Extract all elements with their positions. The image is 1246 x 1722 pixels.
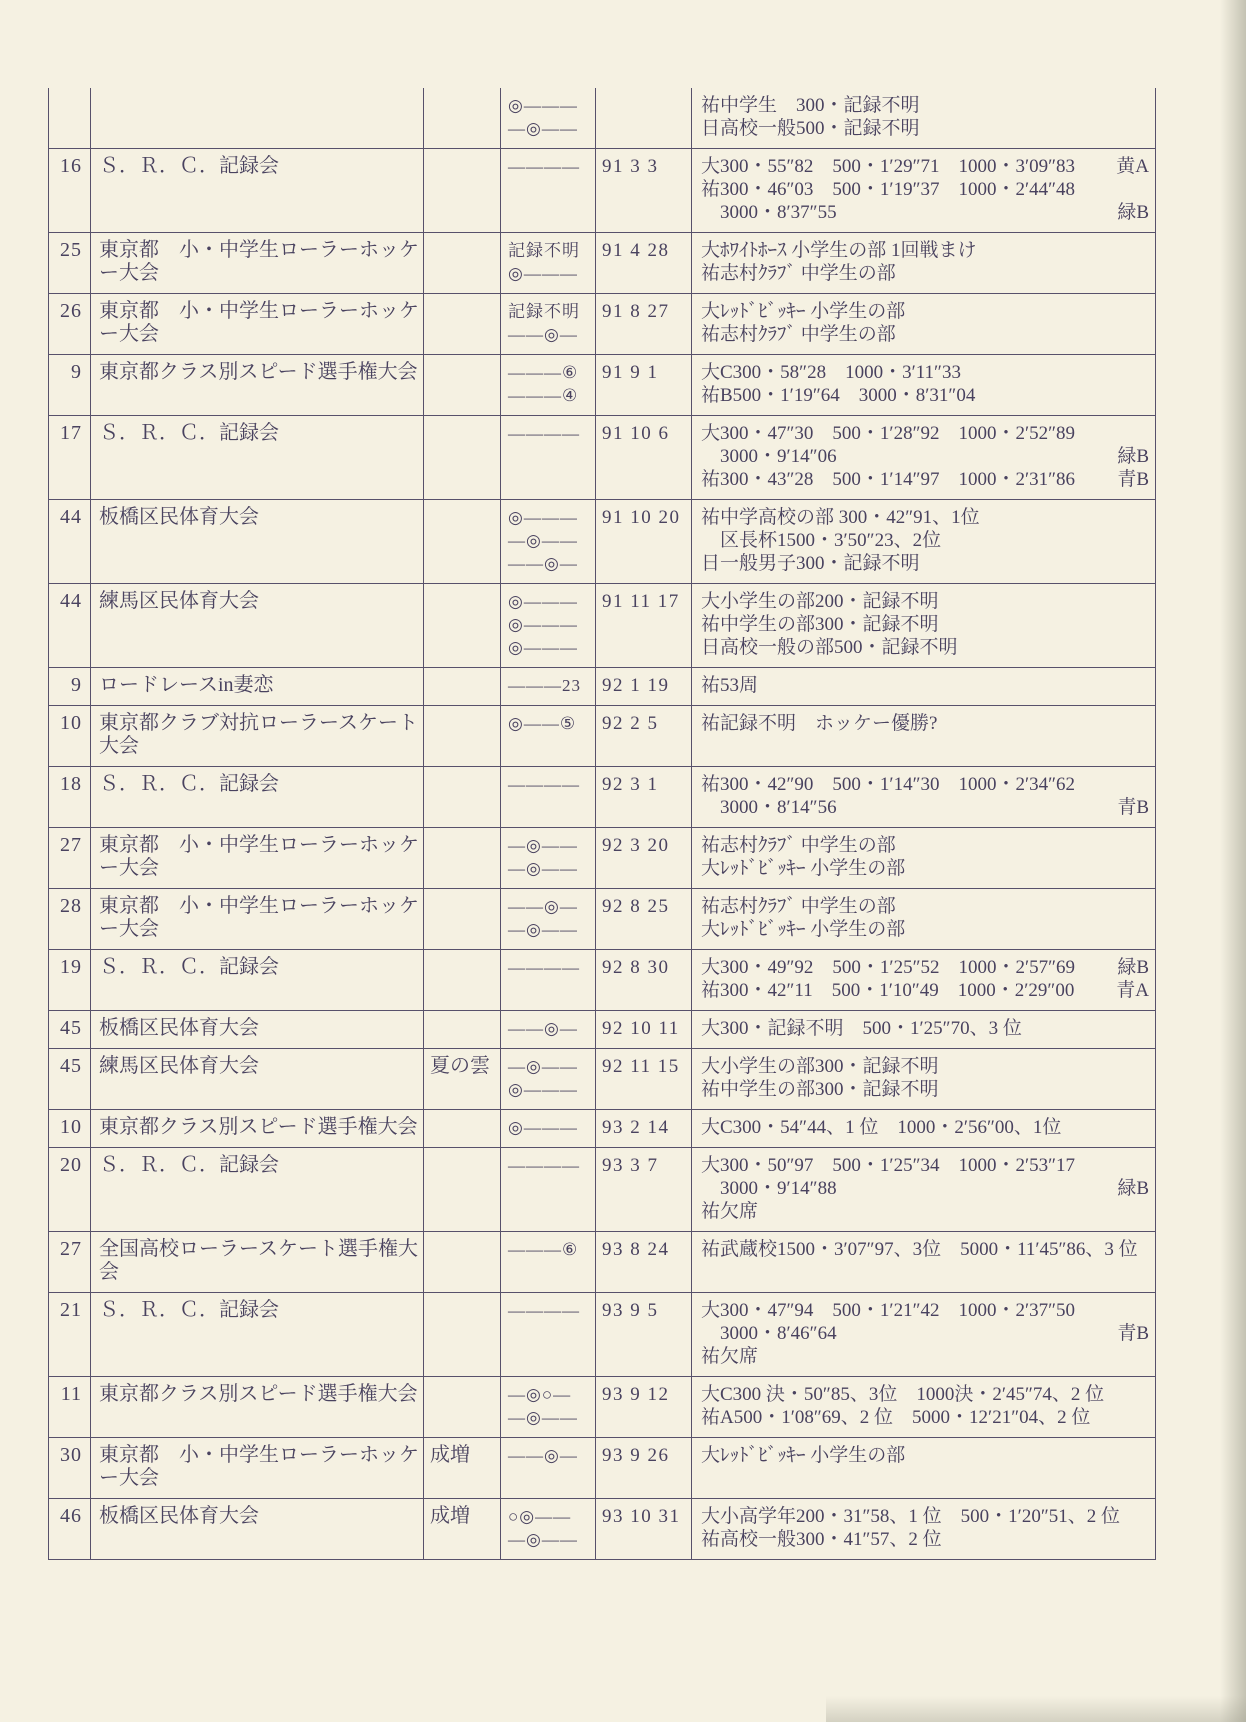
mark-line: ———23 xyxy=(508,674,591,697)
venue-cell xyxy=(424,889,501,950)
results-cell: 大小学生の部200・記録不明祐中学生の部300・記録不明日高校一般の部500・記… xyxy=(692,584,1156,668)
placement-marks-cell: 記録不明◎——— xyxy=(501,233,596,294)
result-line: 祐記録不明 ホッケー優勝? xyxy=(692,712,1155,735)
date-cell: 91 3 3 xyxy=(596,149,692,233)
entry-number-cell: 19 xyxy=(49,950,91,1011)
results-cell: 祐300・42″90 500・1′14″30 1000・2′34″62 3000… xyxy=(692,767,1156,828)
results-cell: 大300・記録不明 500・1′25″70、3 位 xyxy=(692,1011,1156,1049)
result-text: 大ﾚｯﾄﾞﾋﾞｯｷｰ 小学生の部 xyxy=(701,857,905,880)
result-text: 大ﾎﾜｲﾄﾎｰｽ 小学生の部 1回戦まけ xyxy=(701,239,977,262)
mark-line: ——◎— xyxy=(508,1017,591,1040)
result-text: 3000・8′14″56 xyxy=(701,796,837,819)
result-text: 日高校一般500・記録不明 xyxy=(701,117,920,140)
mark-line: ———— xyxy=(508,1299,591,1322)
venue-cell xyxy=(424,500,501,584)
results-cell: 大小高学年200・31″58、1 位 500・1′20″51、2 位祐高校一般3… xyxy=(692,1499,1156,1560)
placement-marks-cell: ◎——⑤ xyxy=(501,706,596,767)
grade-badge: 青B xyxy=(1117,1322,1149,1345)
result-text: 大300・50″97 500・1′25″34 1000・2′53″17 xyxy=(701,1154,1075,1177)
result-line: 祐欠席 xyxy=(692,1200,1155,1223)
result-line: 祐志村ｸﾗﾌﾞ 中学生の部 xyxy=(692,895,1155,918)
result-line: 大C300・54″44、1 位 1000・2′56″00、1位 xyxy=(692,1116,1155,1139)
placement-marks-cell: —◎——◎——— xyxy=(501,1049,596,1110)
venue-cell xyxy=(424,1011,501,1049)
result-line: 祐中学生の部300・記録不明 xyxy=(692,1078,1155,1101)
date-cell xyxy=(596,88,692,149)
date-cell: 91 11 17 xyxy=(596,584,692,668)
result-text: 大300・記録不明 500・1′25″70、3 位 xyxy=(701,1017,1022,1040)
entry-number-cell: 26 xyxy=(49,294,91,355)
result-text: 祐欠席 xyxy=(701,1345,758,1368)
placement-marks-cell: ——◎— xyxy=(501,1438,596,1499)
table-row: 30東京都 小・中学生ローラーホッケー大会成増——◎—93 9 26大ﾚｯﾄﾞﾋ… xyxy=(49,1438,1156,1499)
event-name-cell: 板橋区民体育大会 xyxy=(91,1011,424,1049)
entry-number-cell: 16 xyxy=(49,149,91,233)
placement-marks-cell: ◎——— xyxy=(501,1110,596,1148)
placement-marks-cell: ———— xyxy=(501,767,596,828)
mark-line: —◎—— xyxy=(508,1528,591,1551)
venue-cell: 成増 xyxy=(424,1438,501,1499)
result-text: 祐300・42″90 500・1′14″30 1000・2′34″62 xyxy=(701,773,1075,796)
event-name-cell: 東京都 小・中学生ローラーホッケー大会 xyxy=(91,1438,424,1499)
result-line: 祐高校一般300・41″57、2 位 xyxy=(692,1528,1155,1551)
results-cell: 大300・47″94 500・1′21″42 1000・2′37″50 3000… xyxy=(692,1293,1156,1377)
scan-edge-shadow-bottom xyxy=(826,1696,1246,1722)
event-name-cell: 板橋区民体育大会 xyxy=(91,1499,424,1560)
mark-line: ———— xyxy=(508,773,591,796)
record-sheet: ◎————◎——祐中学生 300・記録不明日高校一般500・記録不明16Ｓ．Ｒ．… xyxy=(48,88,1155,1560)
placement-marks-cell: ◎————◎————◎— xyxy=(501,500,596,584)
placement-marks-cell: ——◎——◎—— xyxy=(501,889,596,950)
mark-line: ◎——⑤ xyxy=(508,712,591,735)
table-row: 21Ｓ．Ｒ．Ｃ．記録会————93 9 5大300・47″94 500・1′21… xyxy=(49,1293,1156,1377)
scanned-page: { "colors": { "paper": "#f5f1e2", "ink":… xyxy=(0,0,1246,1722)
mark-line: ———— xyxy=(508,956,591,979)
result-text: 大300・55″82 500・1′29″71 1000・3′09″83 xyxy=(701,155,1075,178)
result-line: 大300・47″94 500・1′21″42 1000・2′37″50 xyxy=(692,1299,1155,1322)
table-row: 44板橋区民体育大会◎————◎————◎—91 10 20祐中学高校の部 30… xyxy=(49,500,1156,584)
table-row: 10東京都クラス別スピード選手権大会◎———93 2 14大C300・54″44… xyxy=(49,1110,1156,1148)
grade-badge: 緑B xyxy=(1117,201,1149,224)
date-cell: 91 10 6 xyxy=(596,416,692,500)
result-text: 3000・9′14″88 xyxy=(701,1177,837,1200)
result-text: 祐中学生の部300・記録不明 xyxy=(701,613,939,636)
event-name-cell: 板橋区民体育大会 xyxy=(91,500,424,584)
event-name-cell: 東京都クラブ対抗ローラースケート大会 xyxy=(91,706,424,767)
placement-marks-cell: ———— xyxy=(501,1148,596,1232)
table-row: 46板橋区民体育大会成増○◎———◎——93 10 31大小高学年200・31″… xyxy=(49,1499,1156,1560)
date-cell: 92 8 30 xyxy=(596,950,692,1011)
date-cell: 92 1 19 xyxy=(596,668,692,706)
result-line: 大小学生の部300・記録不明 xyxy=(692,1055,1155,1078)
date-cell: 92 8 25 xyxy=(596,889,692,950)
result-line: 祐中学生の部300・記録不明 xyxy=(692,613,1155,636)
result-text: 3000・8′37″55 xyxy=(701,201,837,224)
result-line: 大300・55″82 500・1′29″71 1000・3′09″83黄A xyxy=(692,155,1155,178)
result-text: 祐志村ｸﾗﾌﾞ 中学生の部 xyxy=(701,834,896,857)
date-cell: 92 3 20 xyxy=(596,828,692,889)
venue-cell xyxy=(424,416,501,500)
mark-line: ———④ xyxy=(508,384,591,407)
result-line: 祐300・42″90 500・1′14″30 1000・2′34″62 xyxy=(692,773,1155,796)
result-line: 大300・50″97 500・1′25″34 1000・2′53″17 xyxy=(692,1154,1155,1177)
result-text: 大300・49″92 500・1′25″52 1000・2′57″69 xyxy=(701,956,1075,979)
results-cell: 大300・47″30 500・1′28″92 1000・2′52″89 3000… xyxy=(692,416,1156,500)
venue-cell xyxy=(424,668,501,706)
mark-line: —◎—— xyxy=(508,1055,591,1078)
placement-marks-cell: ———— xyxy=(501,416,596,500)
date-cell: 93 9 26 xyxy=(596,1438,692,1499)
date-cell: 91 9 1 xyxy=(596,355,692,416)
mark-line: ——◎— xyxy=(508,552,591,575)
venue-cell xyxy=(424,950,501,1011)
date-cell: 93 10 31 xyxy=(596,1499,692,1560)
result-text: 大小学生の部300・記録不明 xyxy=(701,1055,939,1078)
result-text: 祐志村ｸﾗﾌﾞ 中学生の部 xyxy=(701,323,896,346)
table-row: ◎————◎——祐中学生 300・記録不明日高校一般500・記録不明 xyxy=(49,88,1156,149)
competition-record-table: ◎————◎——祐中学生 300・記録不明日高校一般500・記録不明16Ｓ．Ｒ．… xyxy=(48,88,1156,1560)
event-name-cell: 練馬区民体育大会 xyxy=(91,1049,424,1110)
mark-line: —◎—— xyxy=(508,857,591,880)
mark-line: —◎—— xyxy=(508,117,591,140)
table-row: 28東京都 小・中学生ローラーホッケー大会——◎——◎——92 8 25祐志村ｸ… xyxy=(49,889,1156,950)
event-name-cell: 東京都クラス別スピード選手権大会 xyxy=(91,1110,424,1148)
placement-marks-cell: ———— xyxy=(501,149,596,233)
venue-cell xyxy=(424,1110,501,1148)
result-line: 祐300・42″11 500・1′10″49 1000・2′29″00青A xyxy=(692,979,1155,1002)
venue-cell xyxy=(424,584,501,668)
results-cell: 大ﾚｯﾄﾞﾋﾞｯｷｰ 小学生の部 xyxy=(692,1438,1156,1499)
placement-marks-cell: ———⑥ xyxy=(501,1232,596,1293)
table-row: 9東京都クラス別スピード選手権大会———⑥———④91 9 1大C300・58″… xyxy=(49,355,1156,416)
result-text: 祐志村ｸﾗﾌﾞ 中学生の部 xyxy=(701,262,896,285)
mark-line: ◎——— xyxy=(508,94,591,117)
result-text: 祐中学生の部300・記録不明 xyxy=(701,1078,939,1101)
date-cell: 93 9 12 xyxy=(596,1377,692,1438)
results-cell: 祐武蔵校1500・3′07″97、3位 5000・11′45″86、3 位 xyxy=(692,1232,1156,1293)
result-text: 祐武蔵校1500・3′07″97、3位 5000・11′45″86、3 位 xyxy=(701,1238,1138,1261)
table-row: 25東京都 小・中学生ローラーホッケー大会記録不明◎———91 4 28大ﾎﾜｲ… xyxy=(49,233,1156,294)
result-line: 大小高学年200・31″58、1 位 500・1′20″51、2 位 xyxy=(692,1505,1155,1528)
table-row: 20Ｓ．Ｒ．Ｃ．記録会————93 3 7大300・50″97 500・1′25… xyxy=(49,1148,1156,1232)
mark-line: —◎—— xyxy=(508,529,591,552)
result-text: 大C300・58″28 1000・3′11″33 xyxy=(701,361,961,384)
results-cell: 大300・49″92 500・1′25″52 1000・2′57″69緑B祐30… xyxy=(692,950,1156,1011)
table-row: 9ロードレースin妻恋———2392 1 19祐53周 xyxy=(49,668,1156,706)
result-line: 大小学生の部200・記録不明 xyxy=(692,590,1155,613)
date-cell: 92 2 5 xyxy=(596,706,692,767)
result-text: 大300・47″30 500・1′28″92 1000・2′52″89 xyxy=(701,422,1075,445)
result-line: 日高校一般の部500・記録不明 xyxy=(692,636,1155,659)
mark-line: ——◎— xyxy=(508,895,591,918)
result-line: 大ﾚｯﾄﾞﾋﾞｯｷｰ 小学生の部 xyxy=(692,857,1155,880)
entry-number-cell: 9 xyxy=(49,355,91,416)
event-name-cell: Ｓ．Ｒ．Ｃ．記録会 xyxy=(91,149,424,233)
result-line: 大ﾚｯﾄﾞﾋﾞｯｷｰ 小学生の部 xyxy=(692,918,1155,941)
mark-line: ◎——— xyxy=(508,506,591,529)
venue-cell xyxy=(424,1148,501,1232)
table-row: 11東京都クラス別スピード選手権大会—◎○——◎——93 9 12大C300 決… xyxy=(49,1377,1156,1438)
table-row: 45練馬区民体育大会夏の雲—◎——◎———92 11 15大小学生の部300・記… xyxy=(49,1049,1156,1110)
result-line: 祐B500・1′19″64 3000・8′31″04 xyxy=(692,384,1155,407)
result-line: 祐300・46″03 500・1′19″37 1000・2′44″48 xyxy=(692,178,1155,201)
venue-cell xyxy=(424,149,501,233)
event-name-cell: 東京都 小・中学生ローラーホッケー大会 xyxy=(91,233,424,294)
entry-number-cell: 18 xyxy=(49,767,91,828)
mark-line: ———— xyxy=(508,155,591,178)
placement-marks-cell: —◎○——◎—— xyxy=(501,1377,596,1438)
results-cell: 祐53周 xyxy=(692,668,1156,706)
date-cell: 93 8 24 xyxy=(596,1232,692,1293)
event-name-cell: 東京都 小・中学生ローラーホッケー大会 xyxy=(91,294,424,355)
venue-cell xyxy=(424,1293,501,1377)
grade-badge: 緑B xyxy=(1117,1177,1149,1200)
venue-cell xyxy=(424,767,501,828)
result-text: 大C300 決・50″85、3位 1000決・2′45″74、2 位 xyxy=(701,1383,1104,1406)
placement-marks-cell: ———⑥———④ xyxy=(501,355,596,416)
result-text: 大ﾚｯﾄﾞﾋﾞｯｷｰ 小学生の部 xyxy=(701,1444,905,1467)
entry-number-cell: 10 xyxy=(49,1110,91,1148)
entry-number-cell: 44 xyxy=(49,584,91,668)
placement-marks-cell: ———— xyxy=(501,1293,596,1377)
table-row: 17Ｓ．Ｒ．Ｃ．記録会————91 10 6大300・47″30 500・1′2… xyxy=(49,416,1156,500)
mark-line: —◎—— xyxy=(508,1406,591,1429)
result-text: 祐300・46″03 500・1′19″37 1000・2′44″48 xyxy=(701,178,1075,201)
result-line: 大ﾎﾜｲﾄﾎｰｽ 小学生の部 1回戦まけ xyxy=(692,239,1155,262)
entry-number-cell: 17 xyxy=(49,416,91,500)
mark-line: ◎——— xyxy=(508,590,591,613)
results-cell: 大小学生の部300・記録不明祐中学生の部300・記録不明 xyxy=(692,1049,1156,1110)
result-line: 祐欠席 xyxy=(692,1345,1155,1368)
result-text: 大300・47″94 500・1′21″42 1000・2′37″50 xyxy=(701,1299,1075,1322)
result-text: 3000・8′46″64 xyxy=(701,1322,837,1345)
result-line: 祐A500・1′08″69、2 位 5000・12′21″04、2 位 xyxy=(692,1406,1155,1429)
mark-line: ———⑥ xyxy=(508,1238,591,1261)
results-cell: 大300・55″82 500・1′29″71 1000・3′09″83黄A祐30… xyxy=(692,149,1156,233)
result-line: 祐武蔵校1500・3′07″97、3位 5000・11′45″86、3 位 xyxy=(692,1238,1155,1261)
result-line: 祐中学高校の部 300・42″91、1位 xyxy=(692,506,1155,529)
results-cell: 大C300 決・50″85、3位 1000決・2′45″74、2 位祐A500・… xyxy=(692,1377,1156,1438)
mark-line: ——◎— xyxy=(508,323,591,346)
venue-cell xyxy=(424,1232,501,1293)
table-row: 26東京都 小・中学生ローラーホッケー大会記録不明——◎—91 8 27大ﾚｯﾄ… xyxy=(49,294,1156,355)
result-text: 大小高学年200・31″58、1 位 500・1′20″51、2 位 xyxy=(701,1505,1120,1528)
date-cell: 92 10 11 xyxy=(596,1011,692,1049)
event-name-cell: 全国高校ローラースケート選手権大会 xyxy=(91,1232,424,1293)
result-text: 大C300・54″44、1 位 1000・2′56″00、1位 xyxy=(701,1116,1061,1139)
result-line: 大ﾚｯﾄﾞﾋﾞｯｷｰ 小学生の部 xyxy=(692,300,1155,323)
results-cell: 祐志村ｸﾗﾌﾞ 中学生の部大ﾚｯﾄﾞﾋﾞｯｷｰ 小学生の部 xyxy=(692,828,1156,889)
result-text: 祐300・42″11 500・1′10″49 1000・2′29″00 xyxy=(701,979,1074,1002)
result-text: 祐300・43″28 500・1′14″97 1000・2′31″86 xyxy=(701,468,1075,491)
grade-badge: 青B xyxy=(1117,796,1149,819)
event-name-cell: ロードレースin妻恋 xyxy=(91,668,424,706)
placement-marks-cell: ———— xyxy=(501,950,596,1011)
result-line: 大300・記録不明 500・1′25″70、3 位 xyxy=(692,1017,1155,1040)
results-cell: 祐志村ｸﾗﾌﾞ 中学生の部大ﾚｯﾄﾞﾋﾞｯｷｰ 小学生の部 xyxy=(692,889,1156,950)
entry-number-cell: 11 xyxy=(49,1377,91,1438)
result-line: 祐志村ｸﾗﾌﾞ 中学生の部 xyxy=(692,834,1155,857)
result-text: 祐53周 xyxy=(701,674,758,697)
placement-marks-cell: 記録不明——◎— xyxy=(501,294,596,355)
entry-number-cell xyxy=(49,88,91,149)
result-text: 大小学生の部200・記録不明 xyxy=(701,590,939,613)
result-line: 祐志村ｸﾗﾌﾞ 中学生の部 xyxy=(692,323,1155,346)
entry-number-cell: 45 xyxy=(49,1049,91,1110)
placement-marks-cell: ○◎———◎—— xyxy=(501,1499,596,1560)
result-text: 祐中学高校の部 300・42″91、1位 xyxy=(701,506,980,529)
event-name-cell: 東京都 小・中学生ローラーホッケー大会 xyxy=(91,828,424,889)
event-name-cell: Ｓ．Ｒ．Ｃ．記録会 xyxy=(91,767,424,828)
venue-cell xyxy=(424,233,501,294)
mark-line: 記録不明 xyxy=(508,300,591,323)
grade-badge: 青A xyxy=(1116,979,1149,1002)
venue-cell: 成増 xyxy=(424,1499,501,1560)
result-line: 3000・9′14″88緑B xyxy=(692,1177,1155,1200)
entry-number-cell: 9 xyxy=(49,668,91,706)
table-row: 16Ｓ．Ｒ．Ｃ．記録会————91 3 3大300・55″82 500・1′29… xyxy=(49,149,1156,233)
results-cell: 大ﾎﾜｲﾄﾎｰｽ 小学生の部 1回戦まけ祐志村ｸﾗﾌﾞ 中学生の部 xyxy=(692,233,1156,294)
entry-number-cell: 10 xyxy=(49,706,91,767)
entry-number-cell: 25 xyxy=(49,233,91,294)
result-text: 祐欠席 xyxy=(701,1200,758,1223)
results-cell: 祐中学生 300・記録不明日高校一般500・記録不明 xyxy=(692,88,1156,149)
placement-marks-cell: ◎———◎———◎——— xyxy=(501,584,596,668)
scan-edge-shadow-right xyxy=(1220,0,1246,1722)
date-cell: 91 4 28 xyxy=(596,233,692,294)
event-name-cell: 東京都 小・中学生ローラーホッケー大会 xyxy=(91,889,424,950)
date-cell: 91 8 27 xyxy=(596,294,692,355)
event-name-cell: 東京都クラス別スピード選手権大会 xyxy=(91,1377,424,1438)
date-cell: 91 10 20 xyxy=(596,500,692,584)
entry-number-cell: 20 xyxy=(49,1148,91,1232)
mark-line: —◎○— xyxy=(508,1383,591,1406)
result-line: 3000・8′46″64青B xyxy=(692,1322,1155,1345)
entry-number-cell: 21 xyxy=(49,1293,91,1377)
result-line: 祐53周 xyxy=(692,674,1155,697)
result-line: 3000・9′14″06緑B xyxy=(692,445,1155,468)
mark-line: 記録不明 xyxy=(508,239,591,262)
result-line: 大ﾚｯﾄﾞﾋﾞｯｷｰ 小学生の部 xyxy=(692,1444,1155,1467)
result-line: 3000・8′14″56青B xyxy=(692,796,1155,819)
result-line: 日一般男子300・記録不明 xyxy=(692,552,1155,575)
venue-cell xyxy=(424,828,501,889)
placement-marks-cell: ◎————◎—— xyxy=(501,88,596,149)
entry-number-cell: 45 xyxy=(49,1011,91,1049)
event-name-cell: Ｓ．Ｒ．Ｃ．記録会 xyxy=(91,416,424,500)
mark-line: —◎—— xyxy=(508,918,591,941)
date-cell: 93 2 14 xyxy=(596,1110,692,1148)
results-cell: 大300・50″97 500・1′25″34 1000・2′53″17 3000… xyxy=(692,1148,1156,1232)
event-name-cell: Ｓ．Ｒ．Ｃ．記録会 xyxy=(91,1293,424,1377)
event-name-cell xyxy=(91,88,424,149)
mark-line: ◎——— xyxy=(508,1078,591,1101)
mark-line: ———— xyxy=(508,422,591,445)
result-line: 祐志村ｸﾗﾌﾞ 中学生の部 xyxy=(692,262,1155,285)
result-line: 大300・49″92 500・1′25″52 1000・2′57″69緑B xyxy=(692,956,1155,979)
entry-number-cell: 27 xyxy=(49,1232,91,1293)
event-name-cell: Ｓ．Ｒ．Ｃ．記録会 xyxy=(91,950,424,1011)
result-line: 祐中学生 300・記録不明 xyxy=(692,94,1155,117)
result-text: 日一般男子300・記録不明 xyxy=(701,552,920,575)
mark-line: ◎——— xyxy=(508,262,591,285)
table-row: 27全国高校ローラースケート選手権大会———⑥93 8 24祐武蔵校1500・3… xyxy=(49,1232,1156,1293)
result-text: 祐B500・1′19″64 3000・8′31″04 xyxy=(701,384,975,407)
table-row: 10東京都クラブ対抗ローラースケート大会◎——⑤92 2 5祐記録不明 ホッケー… xyxy=(49,706,1156,767)
mark-line: —◎—— xyxy=(508,834,591,857)
placement-marks-cell: —◎———◎—— xyxy=(501,828,596,889)
result-line: 大300・47″30 500・1′28″92 1000・2′52″89 xyxy=(692,422,1155,445)
table-row: 45板橋区民体育大会——◎—92 10 11大300・記録不明 500・1′25… xyxy=(49,1011,1156,1049)
table-row: 18Ｓ．Ｒ．Ｃ．記録会————92 3 1祐300・42″90 500・1′14… xyxy=(49,767,1156,828)
venue-cell xyxy=(424,88,501,149)
mark-line: ———⑥ xyxy=(508,361,591,384)
result-line: 3000・8′37″55緑B xyxy=(692,201,1155,224)
placement-marks-cell: ———23 xyxy=(501,668,596,706)
date-cell: 92 3 1 xyxy=(596,767,692,828)
result-line: 区長杯1500・3′50″23、2位 xyxy=(692,529,1155,552)
mark-line: ○◎—— xyxy=(508,1505,591,1528)
result-text: 区長杯1500・3′50″23、2位 xyxy=(701,529,941,552)
result-text: 大ﾚｯﾄﾞﾋﾞｯｷｰ 小学生の部 xyxy=(701,300,905,323)
placement-marks-cell: ——◎— xyxy=(501,1011,596,1049)
venue-cell xyxy=(424,294,501,355)
table-body: ◎————◎——祐中学生 300・記録不明日高校一般500・記録不明16Ｓ．Ｒ．… xyxy=(49,88,1156,1560)
result-text: 3000・9′14″06 xyxy=(701,445,837,468)
results-cell: 大ﾚｯﾄﾞﾋﾞｯｷｰ 小学生の部祐志村ｸﾗﾌﾞ 中学生の部 xyxy=(692,294,1156,355)
result-text: 祐志村ｸﾗﾌﾞ 中学生の部 xyxy=(701,895,896,918)
result-line: 祐300・43″28 500・1′14″97 1000・2′31″86青B xyxy=(692,468,1155,491)
date-cell: 93 9 5 xyxy=(596,1293,692,1377)
venue-cell: 夏の雲 xyxy=(424,1049,501,1110)
result-line: 大C300 決・50″85、3位 1000決・2′45″74、2 位 xyxy=(692,1383,1155,1406)
mark-line: ◎——— xyxy=(508,636,591,659)
venue-cell xyxy=(424,355,501,416)
table-row: 27東京都 小・中学生ローラーホッケー大会—◎———◎——92 3 20祐志村ｸ… xyxy=(49,828,1156,889)
entry-number-cell: 27 xyxy=(49,828,91,889)
result-text: 祐中学生 300・記録不明 xyxy=(701,94,920,117)
mark-line: ◎——— xyxy=(508,1116,591,1139)
grade-badge: 青B xyxy=(1117,468,1149,491)
result-text: 祐高校一般300・41″57、2 位 xyxy=(701,1528,942,1551)
result-text: 祐A500・1′08″69、2 位 5000・12′21″04、2 位 xyxy=(701,1406,1090,1429)
entry-number-cell: 28 xyxy=(49,889,91,950)
grade-badge: 緑B xyxy=(1117,445,1149,468)
result-text: 大ﾚｯﾄﾞﾋﾞｯｷｰ 小学生の部 xyxy=(701,918,905,941)
grade-badge: 黄A xyxy=(1116,155,1149,178)
entry-number-cell: 30 xyxy=(49,1438,91,1499)
date-cell: 92 11 15 xyxy=(596,1049,692,1110)
table-row: 44練馬区民体育大会◎———◎———◎———91 11 17大小学生の部200・… xyxy=(49,584,1156,668)
event-name-cell: 東京都クラス別スピード選手権大会 xyxy=(91,355,424,416)
results-cell: 大C300・58″28 1000・3′11″33祐B500・1′19″64 30… xyxy=(692,355,1156,416)
mark-line: ——◎— xyxy=(508,1444,591,1467)
date-cell: 93 3 7 xyxy=(596,1148,692,1232)
result-text: 祐記録不明 ホッケー優勝? xyxy=(701,712,937,735)
mark-line: ◎——— xyxy=(508,613,591,636)
entry-number-cell: 46 xyxy=(49,1499,91,1560)
entry-number-cell: 44 xyxy=(49,500,91,584)
table-row: 19Ｓ．Ｒ．Ｃ．記録会————92 8 30大300・49″92 500・1′2… xyxy=(49,950,1156,1011)
result-text: 日高校一般の部500・記録不明 xyxy=(701,636,958,659)
results-cell: 祐記録不明 ホッケー優勝? xyxy=(692,706,1156,767)
event-name-cell: 練馬区民体育大会 xyxy=(91,584,424,668)
result-line: 日高校一般500・記録不明 xyxy=(692,117,1155,140)
venue-cell xyxy=(424,706,501,767)
result-line: 大C300・58″28 1000・3′11″33 xyxy=(692,361,1155,384)
results-cell: 祐中学高校の部 300・42″91、1位 区長杯1500・3′50″23、2位日… xyxy=(692,500,1156,584)
mark-line: ———— xyxy=(508,1154,591,1177)
